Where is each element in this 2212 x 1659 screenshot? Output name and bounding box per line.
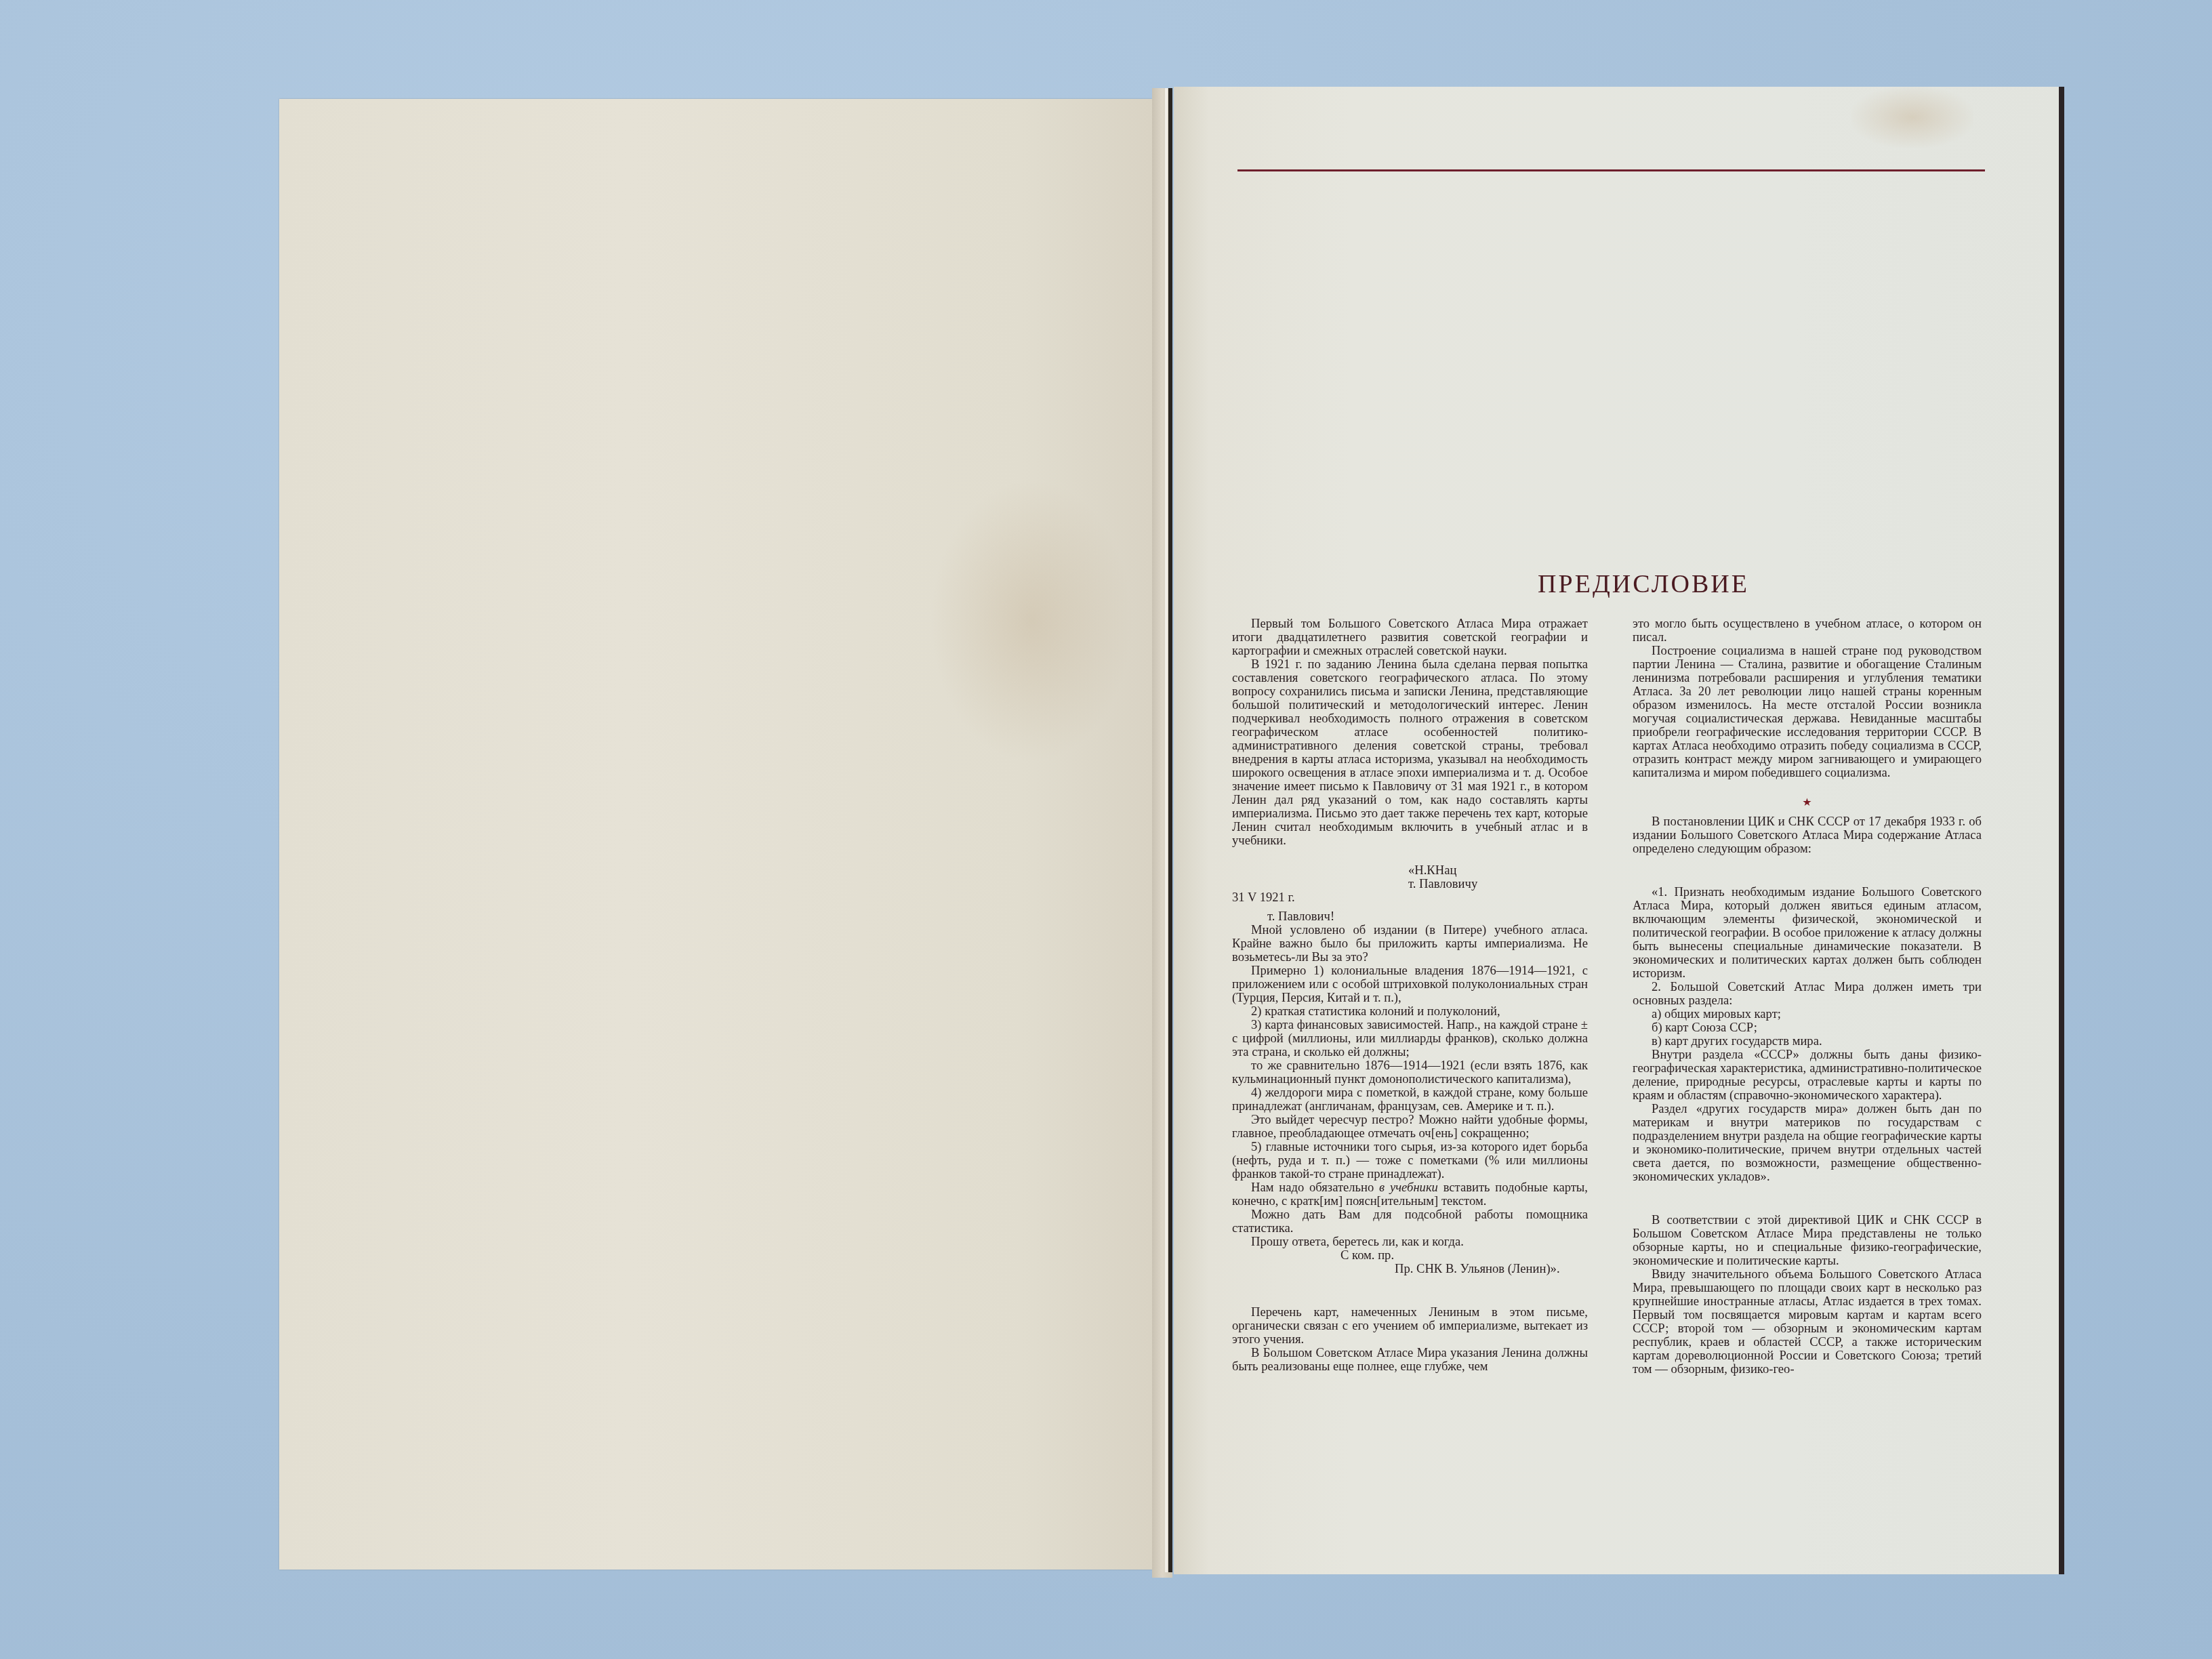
spine-highlight: [1165, 88, 1168, 1572]
paragraph: В постановлении ЦИК и СНК СССР от 17 дек…: [1633, 815, 1982, 856]
page-title: ПРЕДИСЛОВИЕ: [1355, 569, 1931, 599]
letter-line: Прошу ответа, беретесь ли, как и когда.: [1232, 1235, 1588, 1249]
letter-greeting: т. Павлович!: [1232, 910, 1588, 924]
paragraph: В 1921 г. по заданию Ленина была сделана…: [1232, 658, 1588, 848]
letter-line: 5) главные источники того сырья, из-за к…: [1232, 1141, 1588, 1181]
letter-line: то же сравнительно 1876—1914—1921 (если …: [1232, 1059, 1588, 1086]
letter-closing: С ком. пр.: [1232, 1249, 1588, 1263]
decree-quote: 2. Большой Советский Атлас Мира должен и…: [1633, 981, 1982, 1008]
letter-header: «Н.КНац: [1232, 864, 1588, 878]
letter-line: Нам надо обязательно в учебники вставить…: [1232, 1181, 1588, 1208]
paper-stain: [1851, 87, 1973, 148]
header-rule: [1237, 169, 1985, 171]
letter-line: Это выйдет чересчур пестро? Можно найти …: [1232, 1113, 1588, 1141]
star-ornament-icon: ★: [1633, 796, 1982, 810]
decree-quote: Раздел «других государств мира» должен б…: [1633, 1103, 1982, 1184]
letter-line: Можно дать Вам для подсобной работы помо…: [1232, 1208, 1588, 1235]
text-column-left: Первый том Большого Советского Атласа Ми…: [1232, 617, 1588, 1374]
letter-emphasis: в учебники: [1379, 1181, 1438, 1195]
letter-line: 4) желдороги мира с пометкой, в каждой с…: [1232, 1086, 1588, 1113]
text-column-right: это могло быть осуществлено в учебном ат…: [1633, 617, 1982, 1376]
letter-line: 2) краткая статистика колоний и полуколо…: [1232, 1005, 1588, 1019]
paragraph: Ввиду значительного объема Большого Сове…: [1633, 1268, 1982, 1376]
paragraph: Построение социализма в нашей стране под…: [1633, 644, 1982, 780]
letter-addressee: т. Павловичу: [1232, 878, 1588, 891]
decree-list-item: б) карт Союза ССР;: [1633, 1021, 1982, 1035]
letter-date: 31 V 1921 г.: [1232, 891, 1588, 905]
decree-quote: Внутри раздела «СССР» должны быть даны ф…: [1633, 1048, 1982, 1103]
letter-line: Примерно 1) колониальные владения 1876—1…: [1232, 964, 1588, 1005]
paragraph: Первый том Большого Советского Атласа Ми…: [1232, 617, 1588, 658]
paragraph: В соответствии с этой директивой ЦИК и С…: [1633, 1214, 1982, 1268]
decree-list-item: а) общих мировых карт;: [1633, 1008, 1982, 1021]
left-blank-page: [279, 99, 1152, 1570]
paper-stain: [930, 478, 1133, 763]
spine-shadow-line: [1168, 88, 1172, 1572]
lenin-letter: «Н.КНац т. Павловичу 31 V 1921 г. т. Пав…: [1232, 864, 1588, 1276]
page-edge-shadow: [2059, 87, 2064, 1574]
paragraph: Перечень карт, намеченных Лениным в этом…: [1232, 1306, 1588, 1347]
letter-line: 3) карта финансовых зависимостей. Напр.,…: [1232, 1019, 1588, 1059]
letter-signature: Пр. СНК В. Ульянов (Ленин)».: [1232, 1263, 1588, 1276]
decree-list-item: в) карт других государств мира.: [1633, 1035, 1982, 1048]
letter-text: Нам надо обязательно: [1251, 1181, 1379, 1195]
paragraph: это могло быть осуществлено в учебном ат…: [1633, 617, 1982, 644]
paragraph: В Большом Советском Атласе Мира указания…: [1232, 1347, 1588, 1374]
decree-quote: «1. Признать необходимым издание Большог…: [1633, 886, 1982, 981]
letter-line: Мной условлено об издании (в Питере) уче…: [1232, 924, 1588, 964]
